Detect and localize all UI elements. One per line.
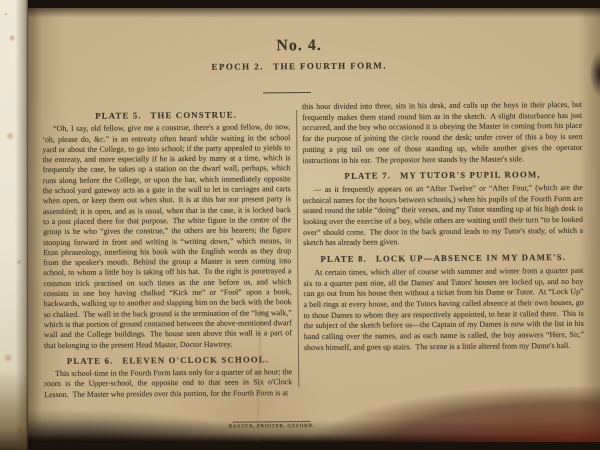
left-column: PLATE 5. THE CONSTRUE. “Oh, I say, old f…	[42, 102, 292, 403]
two-column-text: PLATE 5. THE CONSTRUE. “Oh, I say, old f…	[42, 100, 585, 403]
plate8-body: At certain times, which alter of course …	[303, 266, 584, 354]
plate6-body: This school-time in the Fourth Form last…	[44, 367, 292, 400]
page-content: No. 4. EPOCH 2. THE FOURTH FORM. PLATE 5…	[28, 8, 600, 442]
plate5-heading: PLATE 5. THE CONSTRUE.	[42, 109, 290, 121]
right-column: this hour divided into three, sits in hi…	[302, 100, 584, 401]
plate5-body: “Oh, I say, old fellow, give me a constr…	[42, 122, 292, 350]
plate8-heading: PLATE 8. LOCK UP—ABSENCE IN MY DAME'S.	[303, 252, 583, 265]
book-photo: No. 4. EPOCH 2. THE FOURTH FORM. PLATE 5…	[0, 0, 600, 450]
plate7-heading: PLATE 7. MY TUTOR'S PUPIL ROOM,	[303, 169, 583, 182]
plate6-continuation: this hour divided into three, sits in hi…	[302, 100, 582, 166]
printer-imprint-block: BAXTER, PRINTER, OXFORD.	[212, 421, 332, 430]
printer-imprint: BAXTER, PRINTER, OXFORD.	[212, 424, 332, 430]
epoch-heading: EPOCH 2. THE FOURTH FORM.	[28, 59, 572, 73]
plate6-heading: PLATE 6. ELEVEN O'CLOCK SCHOOL.	[44, 354, 292, 366]
book-page: No. 4. EPOCH 2. THE FOURTH FORM. PLATE 5…	[28, 8, 600, 442]
imprint-rule	[233, 421, 311, 423]
page-number-heading: No. 4.	[28, 35, 572, 57]
heading-divider-rule	[263, 92, 311, 93]
plate7-body: — as it frequently appears on an “After …	[303, 183, 583, 249]
masthead: No. 4. EPOCH 2. THE FOURTH FORM.	[28, 35, 572, 73]
adjacent-page-edge	[0, 0, 28, 450]
column-divider-rule	[296, 110, 299, 387]
